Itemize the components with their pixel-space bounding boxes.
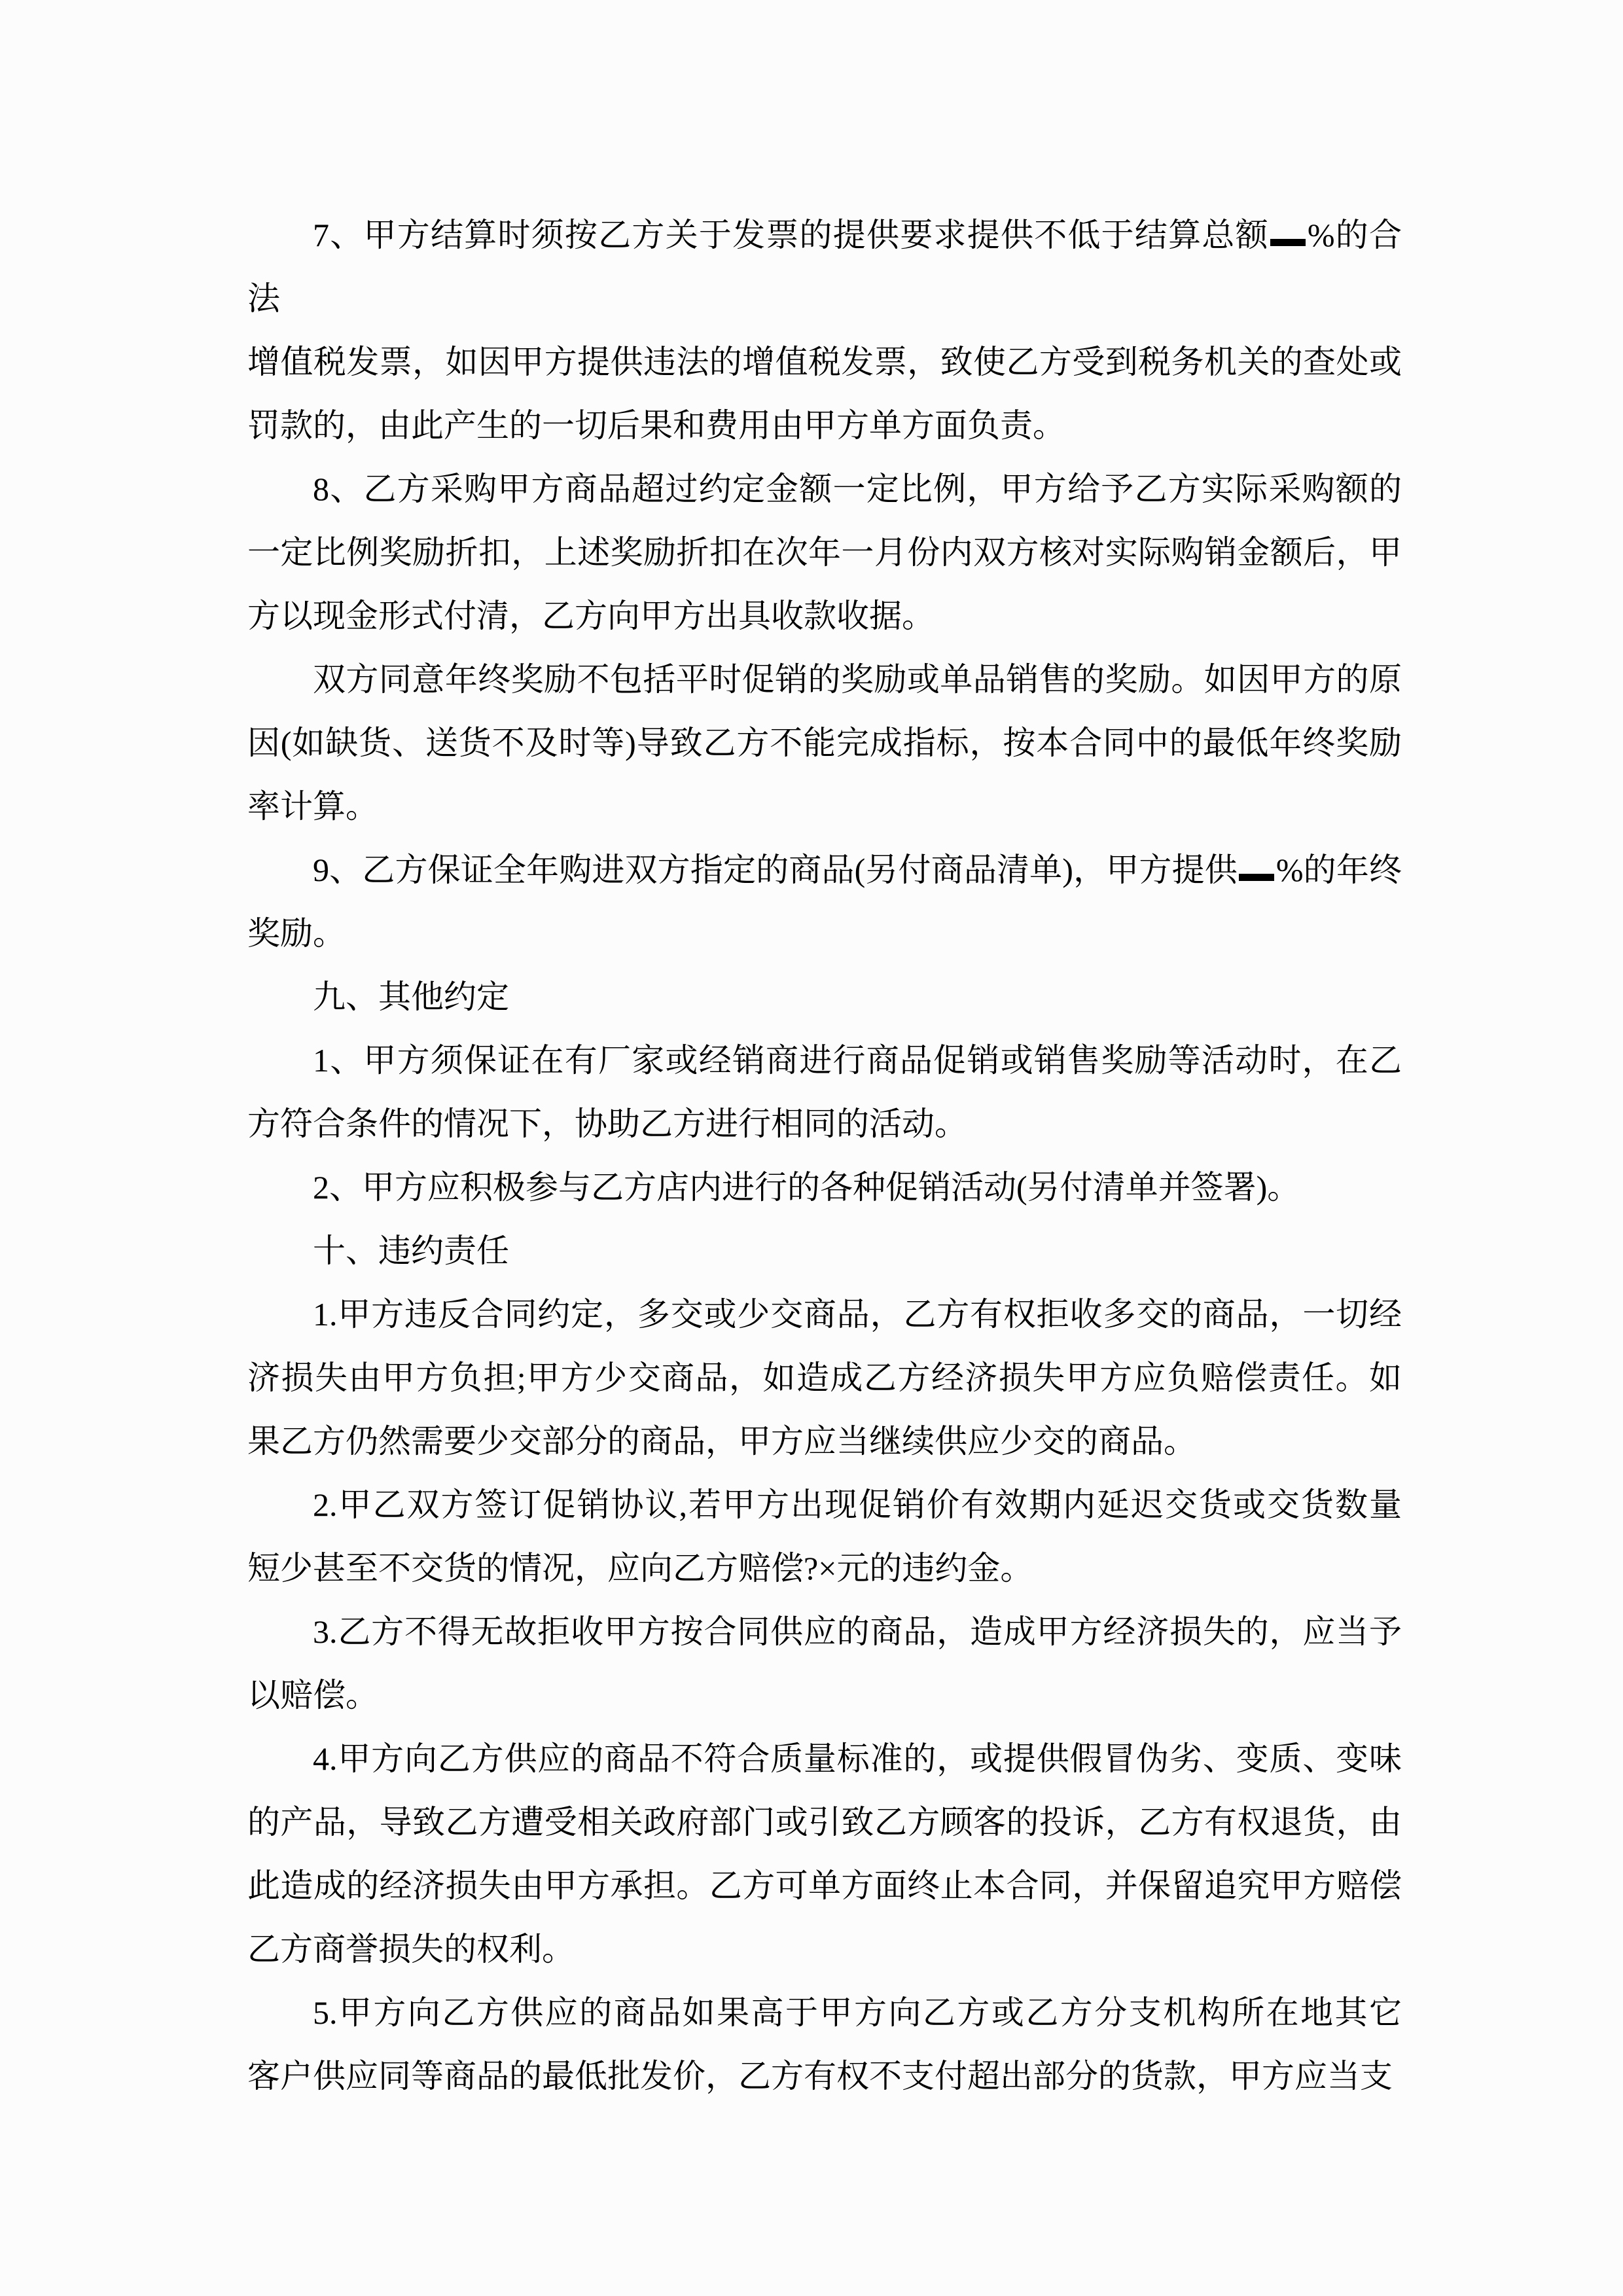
- document-line: 3.乙方不得无故拒收甲方按合同供应的商品，造成甲方经济损失的，应当予: [247, 1600, 1402, 1664]
- document-line: 方符合条件的情况下，协助乙方进行相同的活动。: [247, 1092, 1402, 1156]
- document-line: 增值税发票，如因甲方提供违法的增值税发票，致使乙方受到税务机关的查处或: [247, 331, 1402, 394]
- document-line: 2.甲乙双方签订促销协议,若甲方出现促销价有效期内延迟交货或交货数量: [247, 1473, 1402, 1537]
- document-line: 方以现金形式付清，乙方向甲方出具收款收据。: [247, 584, 1402, 648]
- document-line: 短少甚至不交货的情况，应向乙方赔偿?×元的违约金。: [247, 1537, 1402, 1600]
- fill-in-blank-mark: [1270, 239, 1306, 246]
- contract-text-block: 7、甲方结算时须按乙方关于发票的提供要求提供不低于结算总额%的合法增值税发票，如…: [247, 204, 1402, 2108]
- document-line: 奖励。: [247, 902, 1402, 965]
- contract-document-page: 7、甲方结算时须按乙方关于发票的提供要求提供不低于结算总额%的合法增值税发票，如…: [0, 0, 1623, 2296]
- document-line: 以赔偿。: [247, 1664, 1402, 1727]
- document-line: 双方同意年终奖励不包括平时促销的奖励或单品销售的奖励。如因甲方的原: [247, 648, 1402, 711]
- document-line: 2、甲方应积极参与乙方店内进行的各种促销活动(另付清单并签署)。: [247, 1156, 1402, 1219]
- document-line: 因(如缺货、送货不及时等)导致乙方不能完成指标，按本合同中的最低年终奖励: [247, 711, 1402, 775]
- section-heading-line: 十、违约责任: [247, 1219, 1402, 1283]
- document-line: 率计算。: [247, 775, 1402, 838]
- document-line: 客户供应同等商品的最低批发价，乙方有权不支付超出部分的货款，甲方应当支: [247, 2045, 1402, 2108]
- document-line: 1、甲方须保证在有厂家或经销商进行商品促销或销售奖励等活动时，在乙: [247, 1029, 1402, 1092]
- document-line: 济损失由甲方负担;甲方少交商品，如造成乙方经济损失甲方应负赔偿责任。如: [247, 1346, 1402, 1410]
- document-line: 9、乙方保证全年购进双方指定的商品(另付商品清单)，甲方提供%的年终: [247, 838, 1402, 902]
- document-line: 4.甲方向乙方供应的商品不符合质量标准的，或提供假冒伪劣、变质、变味: [247, 1727, 1402, 1791]
- document-line: 果乙方仍然需要少交部分的商品，甲方应当继续供应少交的商品。: [247, 1410, 1402, 1473]
- section-heading-line: 九、其他约定: [247, 965, 1402, 1029]
- document-line: 罚款的，由此产生的一切后果和费用由甲方单方面负责。: [247, 394, 1402, 457]
- fill-in-blank-mark: [1239, 874, 1274, 881]
- document-line: 1.甲方违反合同约定，多交或少交商品，乙方有权拒收多交的商品，一切经: [247, 1283, 1402, 1346]
- document-line: 5.甲方向乙方供应的商品如果高于甲方向乙方或乙方分支机构所在地其它: [247, 1981, 1402, 2045]
- document-line: 的产品，导致乙方遭受相关政府部门或引致乙方顾客的投诉，乙方有权退货，由: [247, 1791, 1402, 1854]
- document-line: 一定比例奖励折扣，上述奖励折扣在次年一月份内双方核对实际购销金额后，甲: [247, 521, 1402, 584]
- document-line: 7、甲方结算时须按乙方关于发票的提供要求提供不低于结算总额%的合法: [247, 204, 1402, 331]
- document-line: 乙方商誉损失的权利。: [247, 1918, 1402, 1981]
- document-line: 此造成的经济损失由甲方承担。乙方可单方面终止本合同，并保留追究甲方赔偿: [247, 1854, 1402, 1918]
- document-line: 8、乙方采购甲方商品超过约定金额一定比例，甲方给予乙方实际采购额的: [247, 457, 1402, 521]
